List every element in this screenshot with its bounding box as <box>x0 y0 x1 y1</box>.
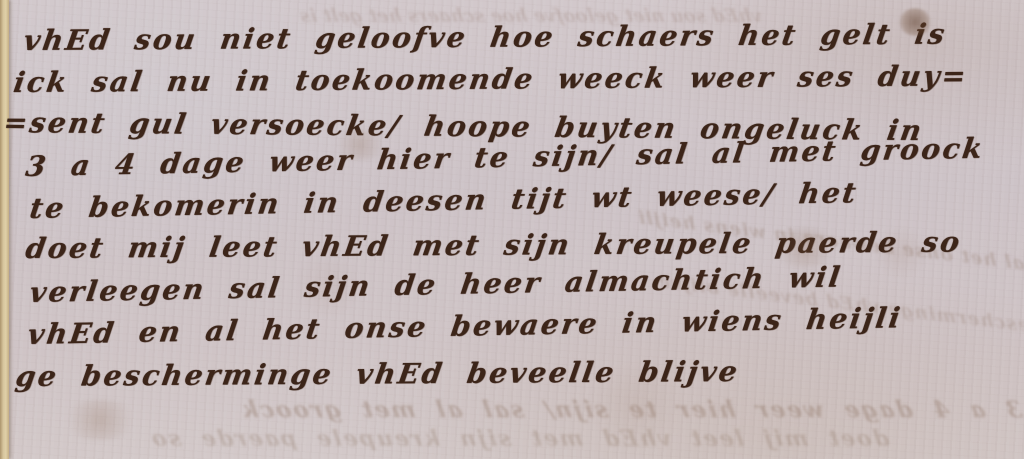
page-edge <box>0 0 9 459</box>
letter-scan: 3 a 4 dage weer hier te sijn/ sal al met… <box>0 0 1024 459</box>
handwriting-line: vhEd en al het onse bewaere in wiens hei… <box>26 301 905 351</box>
ink-smudge <box>60 400 140 440</box>
handwriting-line: vhEd sou niet geloofve hoe schaers het g… <box>22 18 950 57</box>
ink-smudge <box>330 130 390 160</box>
ink-bleedthrough: doet mij leet vhEd met sijn kreupele pae… <box>148 426 891 452</box>
ink-smudge <box>770 228 840 268</box>
handwriting-line: verleegen sal sijn de heer almachtich wi… <box>28 260 845 309</box>
handwriting-line: te bekomerin in deesen tijt wt weese/ he… <box>28 176 861 225</box>
handwriting-line: ick sal nu in toekoomende weeck weer ses… <box>12 59 971 99</box>
handwriting-line: ge bescherminge vhEd beveelle blijve <box>14 355 742 393</box>
ink-bleedthrough: 3 a 4 dage weer hier te sijn/ sal al met… <box>238 396 1024 423</box>
ink-blot <box>898 8 932 36</box>
